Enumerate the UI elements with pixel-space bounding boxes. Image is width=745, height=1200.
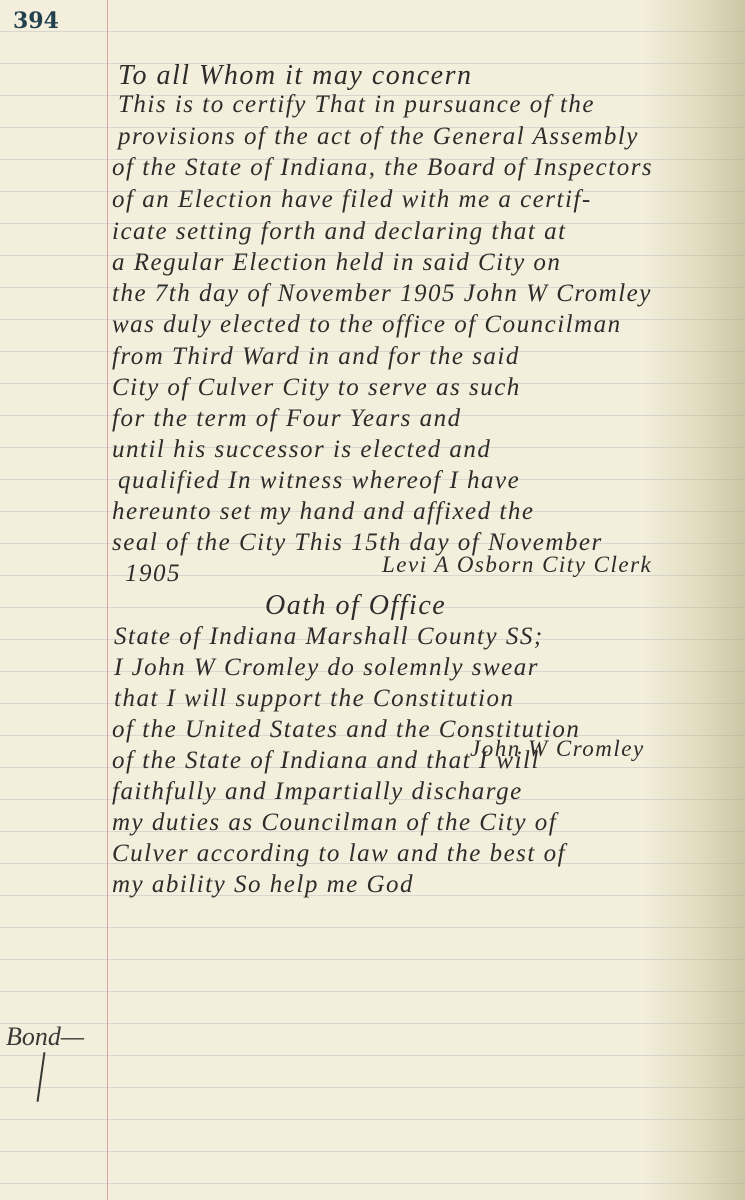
certificate-line: for the term of Four Years and (112, 406, 462, 431)
certificate-line: City of Culver City to serve as such (112, 375, 521, 400)
salutation-line: To all Whom it may concern (118, 62, 473, 90)
certificate-line: qualified In witness whereof I have (118, 468, 520, 493)
margin-rule (107, 0, 108, 1200)
margin-note-bond: Bond— (6, 1022, 84, 1052)
oath-line: faithfully and Impartially discharge (112, 779, 523, 804)
certificate-line: hereunto set my hand and affixed the (112, 499, 534, 524)
page-number: 394 (13, 8, 59, 34)
oath-line: my duties as Councilman of the City of (112, 810, 557, 835)
certificate-line: until his successor is elected and (112, 437, 491, 462)
certificate-line: icate setting forth and declaring that a… (112, 219, 567, 244)
ledger-page: 394 To all Whom it may concern This is t… (0, 0, 745, 1200)
certificate-line: the 7th day of November 1905 John W Crom… (112, 281, 652, 306)
oath-line: my ability So help me God (112, 872, 414, 897)
oath-heading: Oath of Office (265, 592, 446, 620)
margin-stroke (37, 1052, 46, 1102)
certificate-line: This is to certify That in pursuance of … (118, 92, 595, 117)
clerk-signature: Levi A Osborn City Clerk (382, 553, 652, 576)
certificate-year: 1905 (125, 561, 181, 586)
oath-signature: John W Cromley (470, 737, 645, 760)
certificate-line: from Third Ward in and for the said (112, 344, 520, 369)
oath-line: I John W Cromley do solemnly swear (114, 655, 539, 680)
oath-line: Culver according to law and the best of (112, 841, 566, 866)
oath-line: State of Indiana Marshall County SS; (114, 624, 544, 649)
certificate-line: a Regular Election held in said City on (112, 250, 561, 275)
certificate-line: of the State of Indiana, the Board of In… (112, 155, 653, 180)
oath-line: that I will support the Constitution (114, 686, 515, 711)
certificate-line: was duly elected to the office of Counci… (112, 312, 622, 337)
certificate-line: provisions of the act of the General Ass… (118, 124, 639, 149)
certificate-line: of an Election have filed with me a cert… (112, 187, 592, 212)
